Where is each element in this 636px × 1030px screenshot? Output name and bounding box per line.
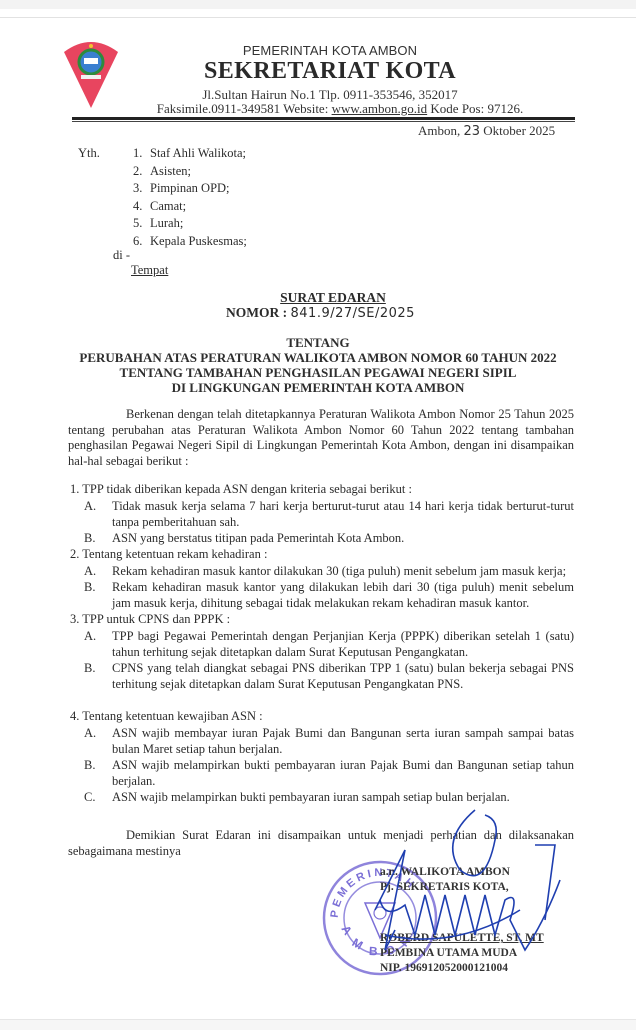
viewer-bottom-bar [0,1020,636,1030]
subject-line: PERUBAHAN ATAS PERATURAN WALIKOTA AMBON … [0,350,636,366]
date-month-year: Oktober 2025 [480,123,555,138]
viewer-top-bar [0,0,636,9]
addressee-label: Yth. [78,146,100,161]
item-label: B. [84,579,95,595]
section-item: A.Tidak masuk kerja selama 7 hari kerja … [84,498,574,530]
recipient-item: 4.Camat; [133,199,186,214]
recipient-number: 4. [133,199,150,214]
addressee-place: Tempat [131,263,168,278]
item-text: ASN yang berstatus titipan pada Pemerint… [112,530,574,546]
subject-line: TENTANG TAMBAHAN PENGHASILAN PEGAWAI NEG… [0,365,636,381]
section-item: A.TPP bagi Pegawai Pemerintah dengan Per… [84,628,574,660]
handwritten-signature [345,800,575,975]
section-item: B.ASN yang berstatus titipan pada Pemeri… [84,530,574,546]
section-item: B.CPNS yang telah diangkat sebagai PNS d… [84,660,574,692]
item-label: A. [84,725,96,741]
fax-text: Faksimile.0911-349581 Website: [157,101,332,116]
subject-heading: TENTANG [0,335,636,351]
item-label: A. [84,628,96,644]
subject-line: DI LINGKUNGAN PEMERINTAH KOTA AMBON [0,380,636,396]
website-link[interactable]: www.ambon.go.id [332,101,428,116]
section-heading: 1. TPP tidak diberikan kepada ASN dengan… [70,482,412,497]
government-name: PEMERINTAH KOTA AMBON [120,43,540,58]
recipient-item: 2.Asisten; [133,164,191,179]
item-text: Rekam kehadiran masuk kantor dilakukan 3… [112,563,574,579]
office-contact: Faksimile.0911-349581 Website: www.ambon… [130,101,550,117]
recipient-name: Pimpinan OPD; [150,181,230,195]
item-text: Tidak masuk kerja selama 7 hari kerja be… [112,498,574,530]
section-heading: 4. Tentang ketentuan kewajiban ASN : [70,709,263,724]
item-label: A. [84,563,96,579]
item-text: TPP bagi Pegawai Pemerintah dengan Perja… [112,628,574,660]
recipient-name: Staf Ahli Walikota; [150,146,246,160]
office-name: SEKRETARIAT KOTA [120,58,540,85]
recipient-item: 3.Pimpinan OPD; [133,181,230,196]
item-label: B. [84,660,95,676]
item-label: B. [84,530,95,546]
section-heading: 2. Tentang ketentuan rekam kehadiran : [70,547,267,562]
section-item: B.ASN wajib melampirkan bukti pembayaran… [84,757,574,789]
item-label: A. [84,498,96,514]
letterhead-rule-thick [72,117,575,120]
number-label: NOMOR : [226,305,291,320]
item-text: Rekam kehadiran masuk kantor yang dilaku… [112,579,574,611]
item-label: B. [84,757,95,773]
date-day-handwritten: 23 [464,124,481,139]
section-heading: 3. TPP untuk CPNS dan PPPK : [70,612,230,627]
letterhead-rule-thin [72,121,575,122]
number-value-handwritten: 841.9/27/SE/2025 [291,306,415,321]
section-item: B.Rekam kehadiran masuk kantor yang dila… [84,579,574,611]
section-item: A.ASN wajib membayar iuran Pajak Bumi da… [84,725,574,757]
item-label: C. [84,789,95,805]
item-text: ASN wajib membayar iuran Pajak Bumi dan … [112,725,574,757]
viewer-top-divider [0,17,636,18]
recipient-number: 5. [133,216,150,231]
recipient-item: 5.Lurah; [133,216,183,231]
circular-title: SURAT EDARAN [0,290,636,306]
circular-number: NOMOR : 841.9/27/SE/2025 [226,305,415,321]
recipient-name: Asisten; [150,164,191,178]
recipient-number: 6. [133,234,150,249]
item-text: ASN wajib melampirkan bukti pembayaran i… [112,757,574,789]
recipient-number: 1. [133,146,150,161]
section-item: A.Rekam kehadiran masuk kantor dilakukan… [84,563,574,579]
intro-paragraph: Berkenan dengan telah ditetapkannya Pera… [68,407,574,469]
recipient-item: 1.Staf Ahli Walikota; [133,146,246,161]
item-text: CPNS yang telah diangkat sebagai PNS dib… [112,660,574,692]
city-emblem-logo [62,38,120,110]
recipient-item: 6.Kepala Puskesmas; [133,234,247,249]
recipient-number: 2. [133,164,150,179]
letter-date: Ambon, 23 Oktober 2025 [418,123,555,139]
recipient-name: Camat; [150,199,186,213]
recipient-number: 3. [133,181,150,196]
postal-code: Kode Pos: 97126. [427,101,523,116]
date-city: Ambon, [418,123,464,138]
addressee-di: di - [113,248,130,263]
recipient-name: Lurah; [150,216,183,230]
recipient-name: Kepala Puskesmas; [150,234,247,248]
